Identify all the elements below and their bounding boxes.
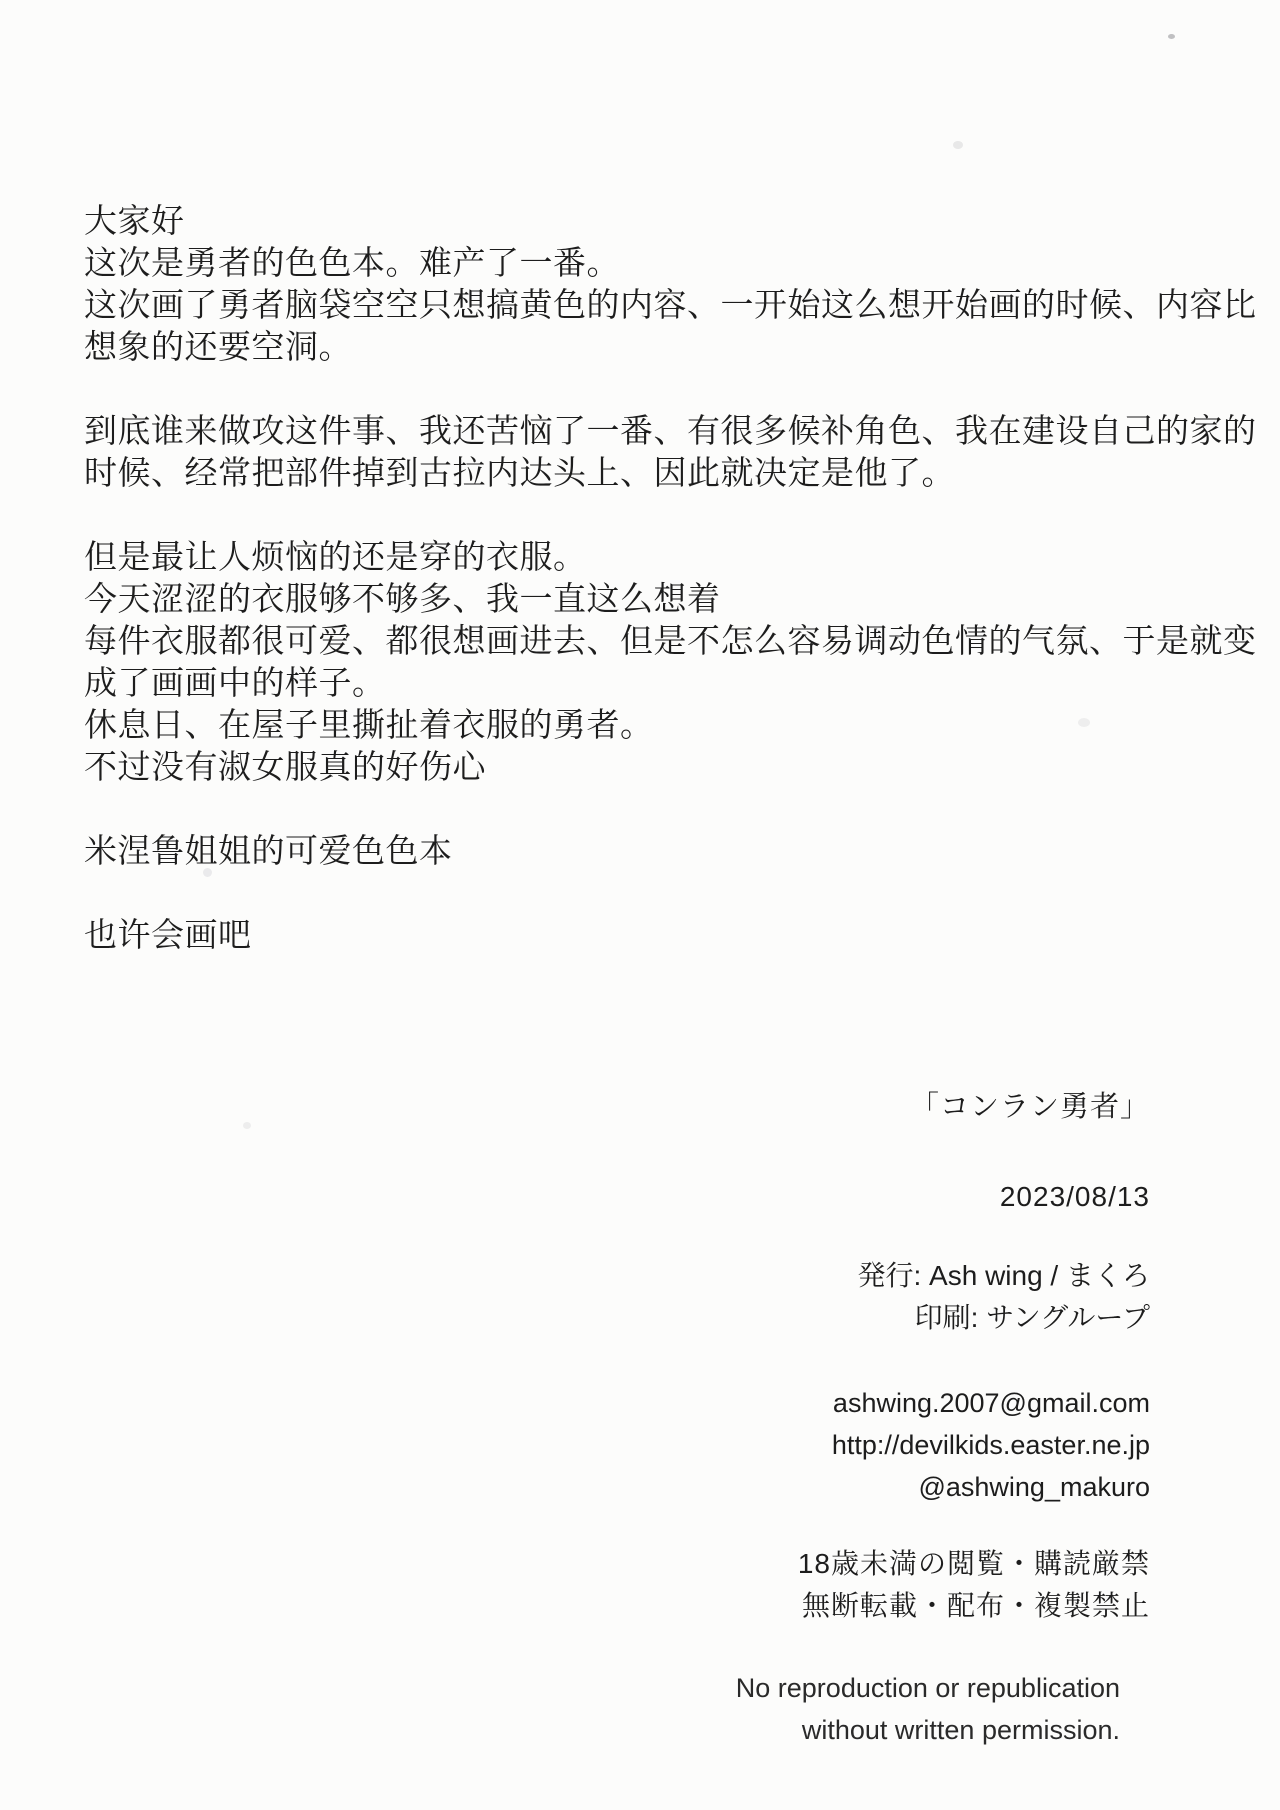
afterword-line: 这次画了勇者脑袋空空只想搞黄色的内容、一开始这么想开始画的时候、内容比 [84, 284, 1257, 326]
website-url: http://devilkids.easter.ne.jp [736, 1424, 1150, 1466]
afterword-line: 但是最让人烦恼的还是穿的衣服。 [84, 536, 1257, 578]
afterword-blank-line [84, 494, 1257, 536]
twitter-handle: @ashwing_makuro [736, 1466, 1150, 1508]
printer-line: 印刷: サングループ [736, 1297, 1150, 1339]
afterword-text-block: 大家好 这次是勇者的色色本。难产了一番。 这次画了勇者脑袋空空只想搞黄色的内容、… [84, 200, 1257, 956]
scan-speck [243, 1122, 251, 1129]
english-notice-group: No reproduction or republication without… [736, 1667, 1150, 1751]
afterword-line: 也许会画吧 [84, 914, 1257, 956]
scan-speck [953, 141, 963, 149]
afterword-line: 时候、经常把部件掉到古拉内达头上、因此就决定是他了。 [84, 452, 1257, 494]
english-notice-line2: without written permission. [736, 1709, 1120, 1751]
afterword-line: 今天涩涩的衣服够不够多、我一直这么想着 [84, 578, 1257, 620]
afterword-blank-line [84, 872, 1257, 914]
afterword-line: 到底谁来做攻这件事、我还苦恼了一番、有很多候补角色、我在建设自己的家的 [84, 410, 1257, 452]
book-title: 「コンラン勇者」 [736, 1086, 1150, 1128]
age-restriction-notice: 18歳未満の閲覧・購読厳禁 [736, 1543, 1150, 1585]
email-address: ashwing.2007@gmail.com [736, 1382, 1150, 1424]
afterword-blank-line [84, 788, 1257, 830]
afterword-line: 大家好 [84, 200, 1257, 242]
japanese-notice-group: 18歳未満の閲覧・購読厳禁 無断転載・配布・複製禁止 [736, 1543, 1150, 1627]
publication-date: 2023/08/13 [736, 1176, 1150, 1218]
contact-group: ashwing.2007@gmail.com http://devilkids.… [736, 1382, 1150, 1508]
no-redistribution-notice: 無断転載・配布・複製禁止 [736, 1585, 1150, 1627]
scanned-afterword-page: 大家好 这次是勇者的色色本。难产了一番。 这次画了勇者脑袋空空只想搞黄色的内容、… [0, 0, 1280, 1810]
afterword-line: 每件衣服都很可爱、都很想画进去、但是不怎么容易调动色情的气氛、于是就变 [84, 620, 1257, 662]
afterword-line: 这次是勇者的色色本。难产了一番。 [84, 242, 1257, 284]
afterword-line: 米涅鲁姐姐的可爱色色本 [84, 830, 1257, 872]
afterword-blank-line [84, 368, 1257, 410]
colophon-block: 「コンラン勇者」 2023/08/13 発行: Ash wing / まくろ 印… [736, 1086, 1150, 1751]
english-notice-line1: No reproduction or republication [736, 1667, 1120, 1709]
afterword-line: 想象的还要空洞。 [84, 326, 1257, 368]
afterword-line: 休息日、在屋子里撕扯着衣服的勇者。 [84, 704, 1257, 746]
afterword-line: 不过没有淑女服真的好伤心 [84, 746, 1257, 788]
scan-speck [1168, 34, 1175, 39]
afterword-line: 成了画画中的样子。 [84, 662, 1257, 704]
publisher-line: 発行: Ash wing / まくろ [736, 1255, 1150, 1297]
publisher-group: 発行: Ash wing / まくろ 印刷: サングループ [736, 1255, 1150, 1339]
